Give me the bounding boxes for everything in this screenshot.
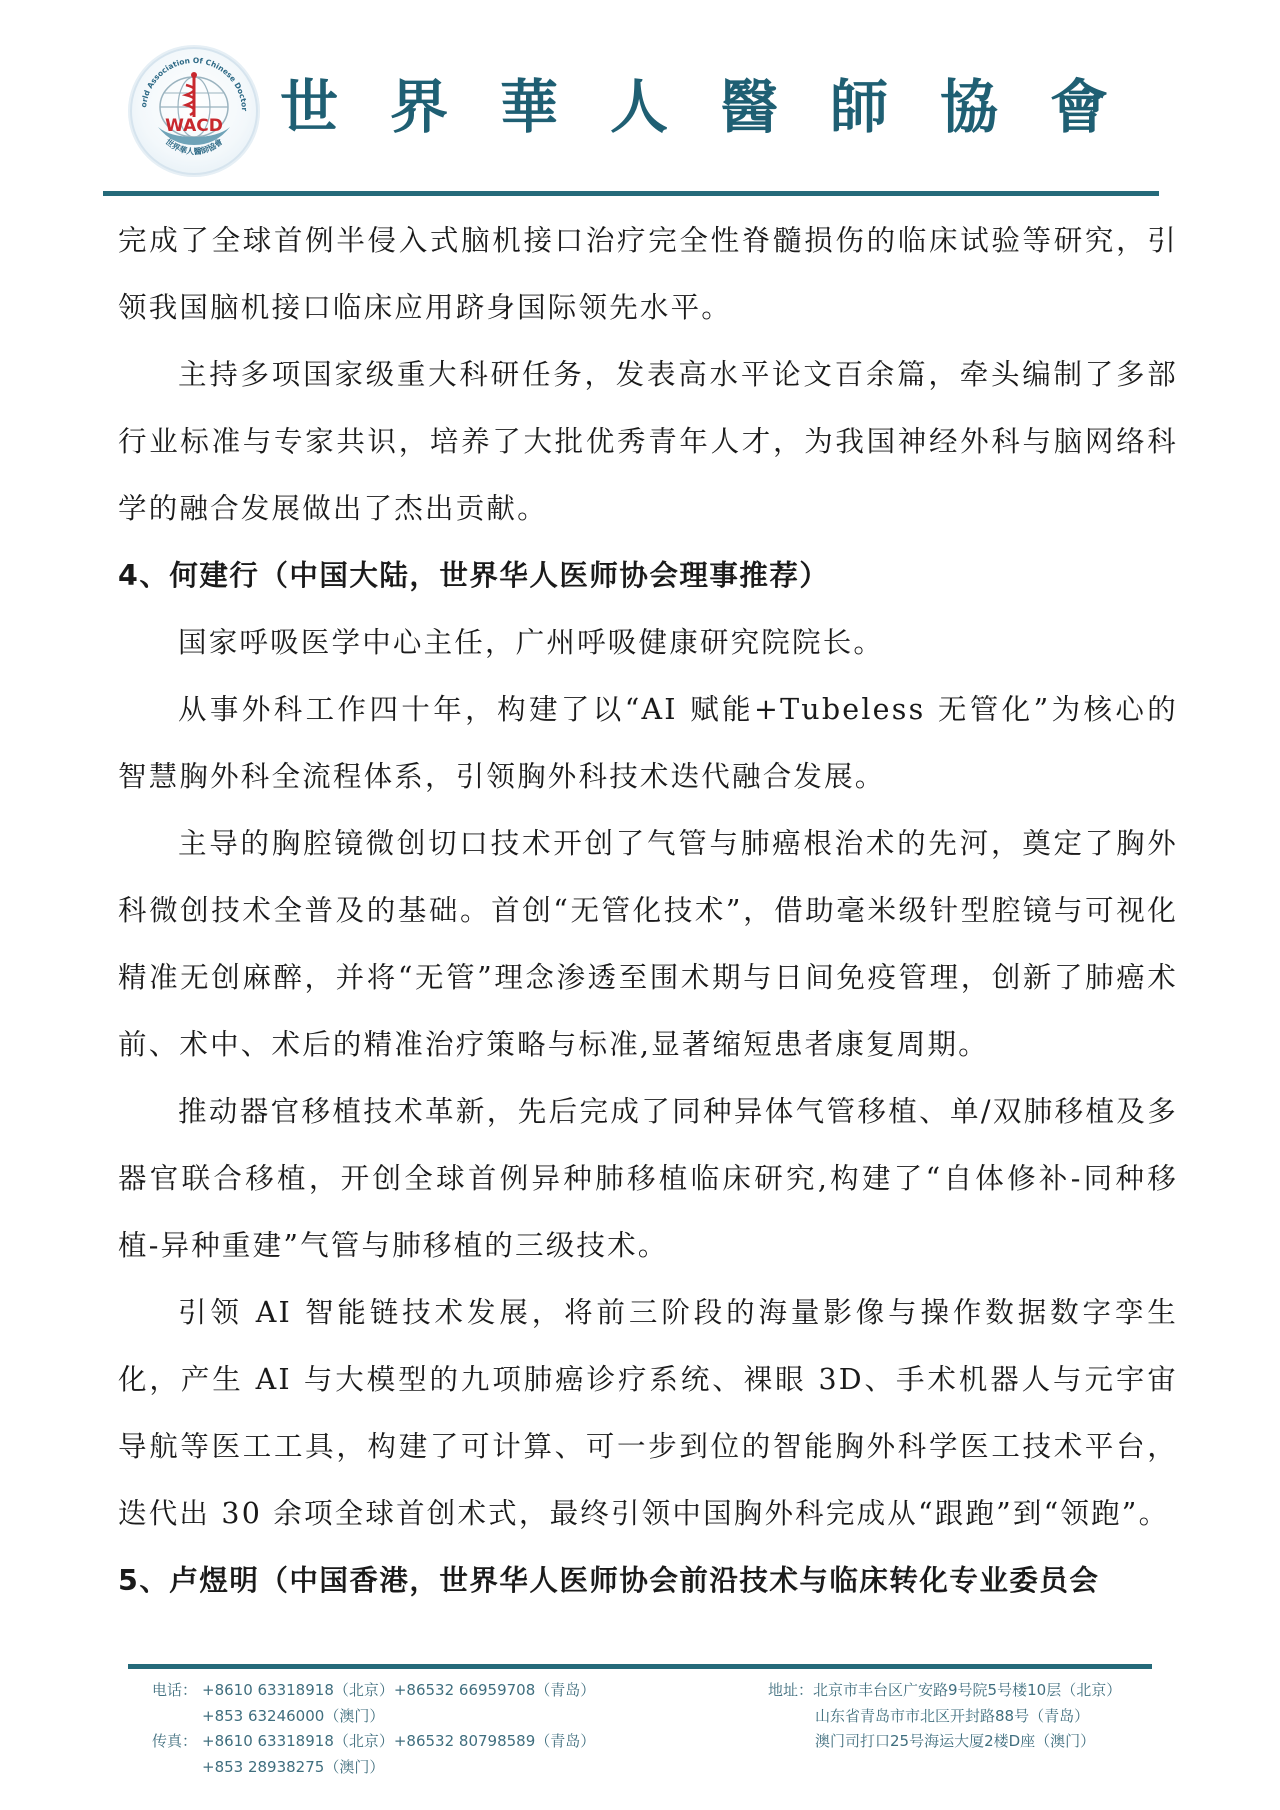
document-body: 完成了全球首例半侵入式脑机接口治疗完全性脊髓损伤的临床试验等研究，引领我国脑机接… bbox=[118, 207, 1178, 1614]
phone-value: +8610 63318918（北京）+86532 66959708（青岛） bbox=[202, 1678, 595, 1704]
organization-name: 世界華人醫師協會 bbox=[280, 78, 1160, 136]
fax-row: +853 28938275（澳门） bbox=[152, 1755, 595, 1781]
footer-contact: 电话： +8610 63318918（北京）+86532 66959708（青岛… bbox=[152, 1678, 595, 1780]
section-heading: 4、何建行（中国大陆，世界华人医师协会理事推荐） bbox=[118, 542, 1178, 609]
phone-value: +853 63246000（澳门） bbox=[202, 1704, 384, 1730]
phone-row: +853 63246000（澳门） bbox=[152, 1704, 595, 1730]
section-heading: 5、卢煜明（中国香港，世界华人医师协会前沿技术与临床转化专业委员会 bbox=[118, 1547, 1178, 1614]
fax-label: 传真： bbox=[152, 1729, 202, 1755]
address-row: 地址： 北京市丰台区广安路9号院5号楼10层（北京） bbox=[768, 1678, 1121, 1704]
paragraph: 主持多项国家级重大科研任务，发表高水平论文百余篇，牵头编制了多部行业标准与专家共… bbox=[118, 341, 1178, 542]
svg-text:WACD: WACD bbox=[165, 116, 223, 136]
address-value: 北京市丰台区广安路9号院5号楼10层（北京） bbox=[813, 1678, 1121, 1704]
paragraph: 主导的胸腔镜微创切口技术开创了气管与肺癌根治术的先河，奠定了胸外科微创技术全普及… bbox=[118, 810, 1178, 1078]
paragraph: 国家呼吸医学中心主任，广州呼吸健康研究院院长。 bbox=[118, 609, 1178, 676]
address-row: 澳门司打口25号海运大厦2楼D座（澳门） bbox=[768, 1729, 1121, 1755]
paragraph: 引领 AI 智能链技术发展，将前三阶段的海量影像与操作数据数字孪生化，产生 AI… bbox=[118, 1279, 1178, 1547]
header-divider bbox=[103, 191, 1159, 196]
address-value: 山东省青岛市市北区开封路88号（青岛） bbox=[815, 1704, 1089, 1730]
wacd-logo: WACD World Association Of Chinese Doctor… bbox=[128, 45, 260, 177]
letterhead: WACD World Association Of Chinese Doctor… bbox=[0, 0, 1280, 200]
address-row: 山东省青岛市市北区开封路88号（青岛） bbox=[768, 1704, 1121, 1730]
address-label: 地址： bbox=[768, 1678, 813, 1704]
paragraph: 从事外科工作四十年，构建了以“AI 赋能+Tubeless 无管化”为核心的智慧… bbox=[118, 676, 1178, 810]
phone-label: 电话： bbox=[152, 1678, 202, 1704]
fax-row: 传真： +8610 63318918（北京）+86532 80798589（青岛… bbox=[152, 1729, 595, 1755]
fax-value: +853 28938275（澳门） bbox=[202, 1755, 384, 1781]
footer-divider bbox=[128, 1664, 1152, 1669]
footer-address: 地址： 北京市丰台区广安路9号院5号楼10层（北京） 山东省青岛市市北区开封路8… bbox=[768, 1678, 1121, 1755]
paragraph: 推动器官移植技术革新，先后完成了同种异体气管移植、单/双肺移植及多器官联合移植，… bbox=[118, 1078, 1178, 1279]
address-value: 澳门司打口25号海运大厦2楼D座（澳门） bbox=[815, 1729, 1095, 1755]
paragraph: 完成了全球首例半侵入式脑机接口治疗完全性脊髓损伤的临床试验等研究，引领我国脑机接… bbox=[118, 207, 1178, 341]
phone-row: 电话： +8610 63318918（北京）+86532 66959708（青岛… bbox=[152, 1678, 595, 1704]
caduceus-globe-icon: WACD World Association Of Chinese Doctor… bbox=[128, 45, 260, 177]
fax-value: +8610 63318918（北京）+86532 80798589（青岛） bbox=[202, 1729, 595, 1755]
